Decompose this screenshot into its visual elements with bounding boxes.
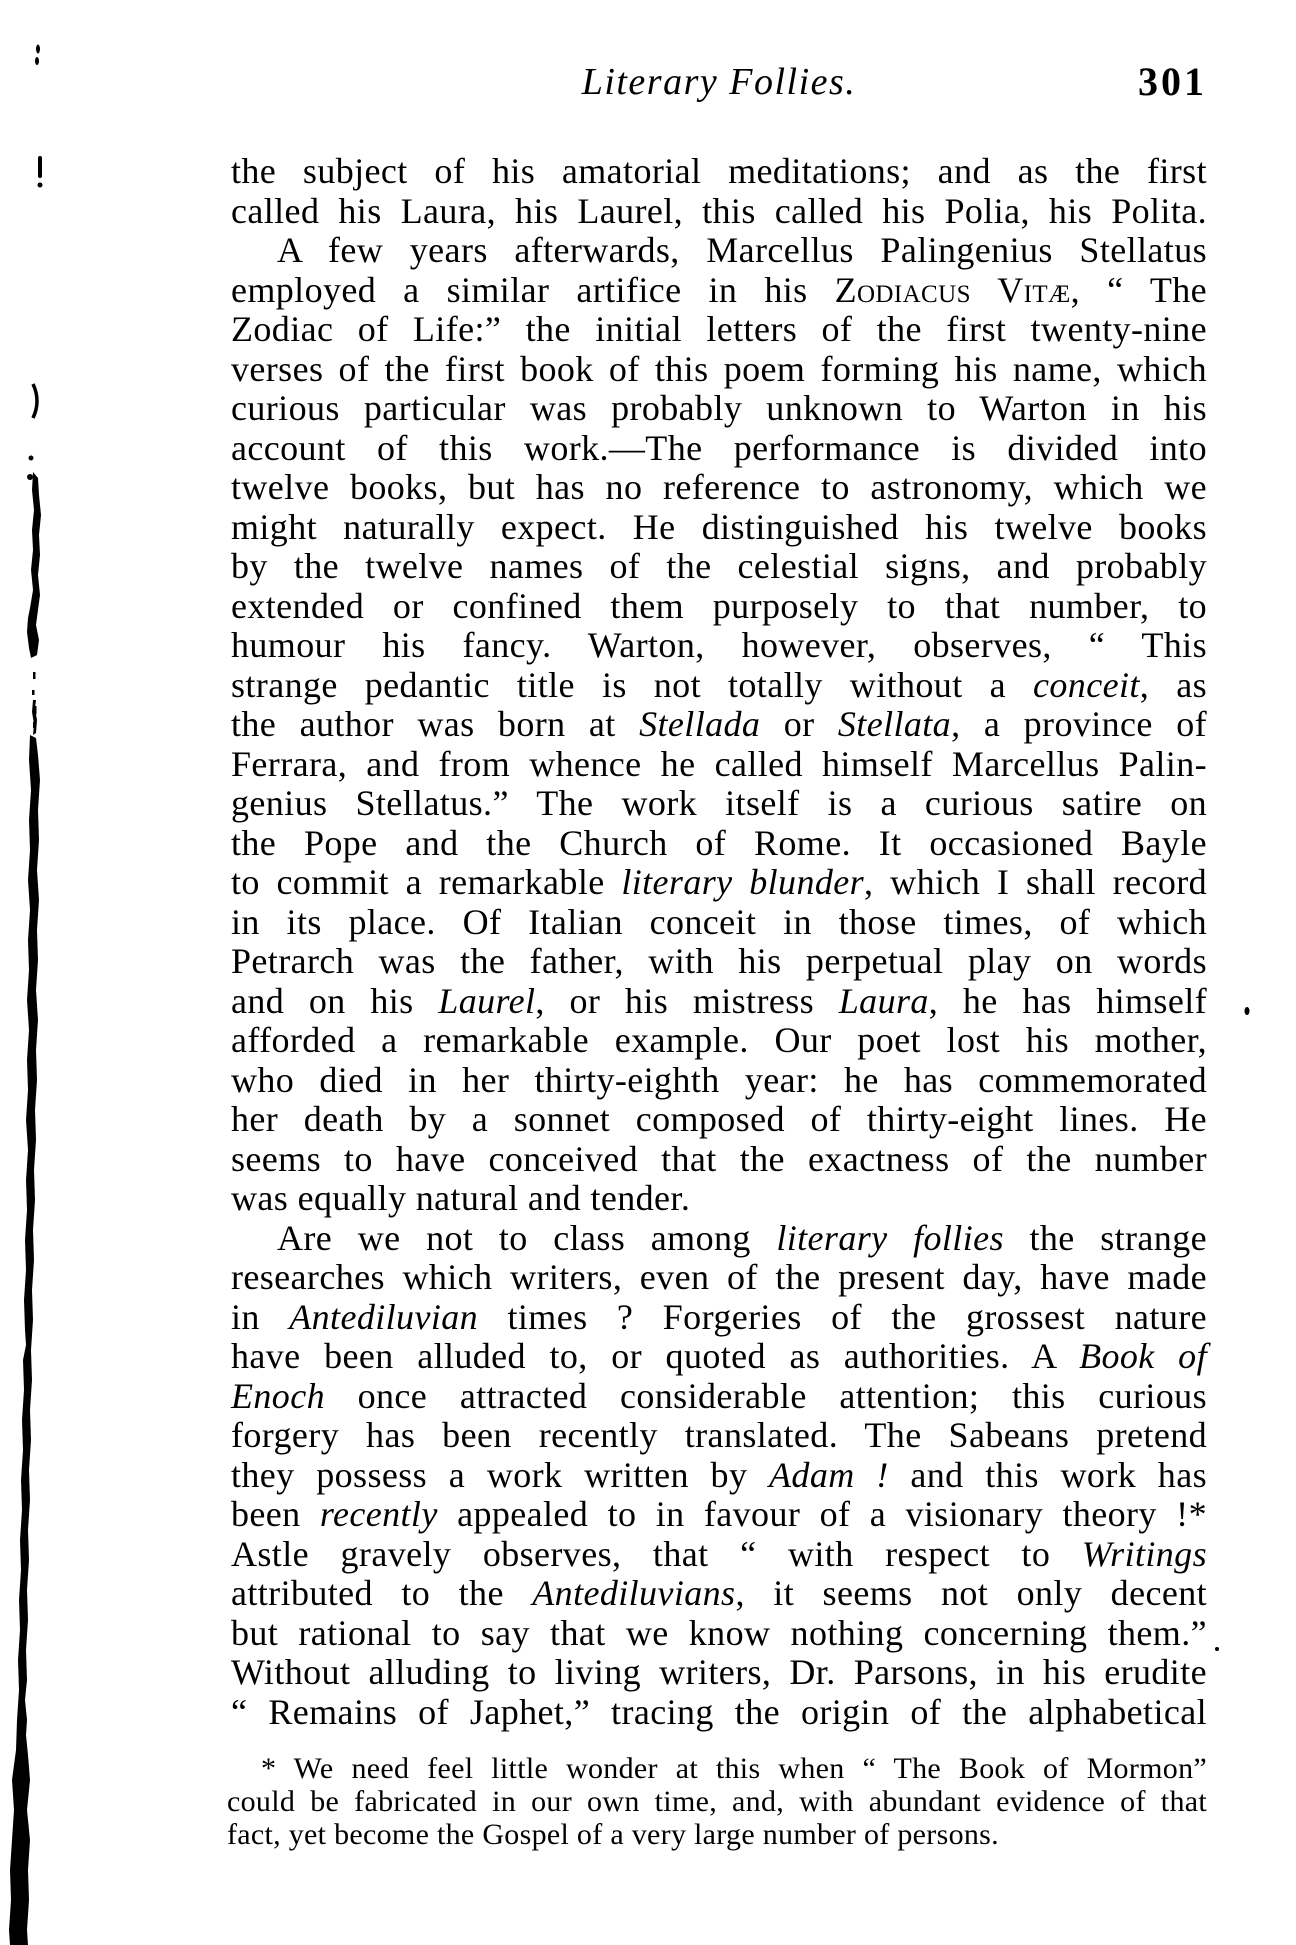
text-line: but rational to say that we know nothing… — [231, 1614, 1207, 1654]
text-line: the Pope and the Church of Rome. It occa… — [231, 824, 1207, 864]
text-line: Without alluding to living writers, Dr. … — [231, 1653, 1207, 1693]
text-line: by the twelve names of the celestial sig… — [231, 547, 1207, 587]
italic-text: Laura — [839, 981, 929, 1021]
text-line: strange pedantic title is not totally wi… — [231, 666, 1207, 706]
text-line: her death by a sonnet composed of thirty… — [231, 1100, 1207, 1140]
text-line: A few years afterwards, Marcellus Paling… — [231, 231, 1207, 271]
text-line: was equally natural and tender. — [231, 1179, 1207, 1219]
ink-speck — [1245, 1007, 1250, 1015]
footnote: * We need feel little wonder at this whe… — [227, 1752, 1207, 1851]
running-header: Literary Follies. 301 — [231, 60, 1207, 112]
italic-text: Antediluvians — [532, 1573, 735, 1613]
text-line: called his Laura, his Laurel, this calle… — [231, 192, 1207, 232]
text-line: could be fabricated in our own time, and… — [227, 1785, 1207, 1818]
gutter-artifact-lower — [9, 735, 40, 1945]
text-line: Are we not to class among literary folli… — [231, 1219, 1207, 1259]
text-line: might naturally expect. He distinguished… — [231, 508, 1207, 548]
ink-speck — [38, 183, 43, 188]
gutter-artifact-upper — [27, 472, 41, 658]
text-line: Zodiac of Life:” the initial letters of … — [231, 310, 1207, 350]
text-line: humour his fancy. Warton, however, obser… — [231, 626, 1207, 666]
text-line: verses of the first book of this poem fo… — [231, 350, 1207, 390]
text-line: “ Remains of Japhet,” tracing the origin… — [231, 1693, 1207, 1733]
text-line: Astle gravely observes, that “ with resp… — [231, 1535, 1207, 1575]
text-line: in its place. Of Italian conceit in thos… — [231, 903, 1207, 943]
ink-speck — [35, 57, 39, 65]
italic-text: Book of — [1079, 1336, 1207, 1376]
ink-speck — [38, 156, 42, 178]
italic-text: Enoch — [231, 1376, 325, 1416]
italic-text: Laurel — [438, 981, 535, 1021]
text-line: to commit a remarkable literary blunder,… — [231, 863, 1207, 903]
text-line: who died in her thirty-eighth year: he h… — [231, 1061, 1207, 1101]
italic-text: recently — [320, 1494, 438, 1534]
text-line: Petrarch was the father, with his perpet… — [231, 942, 1207, 982]
italic-text: Adam ! — [769, 1455, 889, 1495]
text-line: twelve books, but has no reference to as… — [231, 468, 1207, 508]
text-line: Ferrara, and from whence he called himse… — [231, 745, 1207, 785]
text-line: attributed to the Antediluvians, it seem… — [231, 1574, 1207, 1614]
text-line: researches which writers, even of the pr… — [231, 1258, 1207, 1298]
ink-speck — [33, 384, 37, 418]
smallcaps-text: Zodiacus Vitæ — [835, 270, 1071, 310]
text-line: * We need feel little wonder at this whe… — [227, 1752, 1207, 1785]
text-line: forgery has been recently translated. Th… — [231, 1416, 1207, 1456]
italic-text: conceit — [1033, 665, 1140, 705]
text-line: fact, yet become the Gospel of a very la… — [227, 1818, 1207, 1851]
text-line: in Antediluvian times ? Forgeries of the… — [231, 1298, 1207, 1338]
text-line: and on his Laurel, or his mistress Laura… — [231, 982, 1207, 1022]
italic-text: Writings — [1082, 1534, 1207, 1574]
italic-text: Stellata — [838, 704, 951, 744]
text-line: been recently appealed to in favour of a… — [231, 1495, 1207, 1535]
text-line: have been alluded to, or quoted as autho… — [231, 1337, 1207, 1377]
italic-text: literary blunder — [621, 862, 864, 902]
ink-speck — [36, 45, 40, 54]
page-number: 301 — [1138, 58, 1207, 105]
text-line: Enoch once attracted considerable attent… — [231, 1377, 1207, 1417]
ink-speck — [27, 474, 33, 480]
book-page: Literary Follies. 301 the subject of his… — [0, 0, 1296, 1945]
text-line: the subject of his amatorial meditations… — [231, 152, 1207, 192]
text-line: extended or confined them purposely to t… — [231, 587, 1207, 627]
text-line: curious particular was probably unknown … — [231, 389, 1207, 429]
ink-speck — [1215, 1647, 1219, 1651]
page-title: Literary Follies. — [231, 60, 1207, 104]
text-line: genius Stellatus.” The work itself is a … — [231, 784, 1207, 824]
text-line: seems to have conceived that the exactne… — [231, 1140, 1207, 1180]
body-text: the subject of his amatorial meditations… — [231, 152, 1207, 1732]
text-line: employed a similar artifice in his Zodia… — [231, 271, 1207, 311]
text-line: the author was born at Stellada or Stell… — [231, 705, 1207, 745]
ink-speck — [29, 456, 34, 461]
text-line: they possess a work written by Adam ! an… — [231, 1456, 1207, 1496]
italic-text: literary follies — [776, 1218, 1004, 1258]
italic-text: Antediluvian — [289, 1297, 478, 1337]
italic-text: Stellada — [639, 704, 760, 744]
text-line: afforded a remarkable example. Our poet … — [231, 1021, 1207, 1061]
text-line: account of this work.—The performance is… — [231, 429, 1207, 469]
